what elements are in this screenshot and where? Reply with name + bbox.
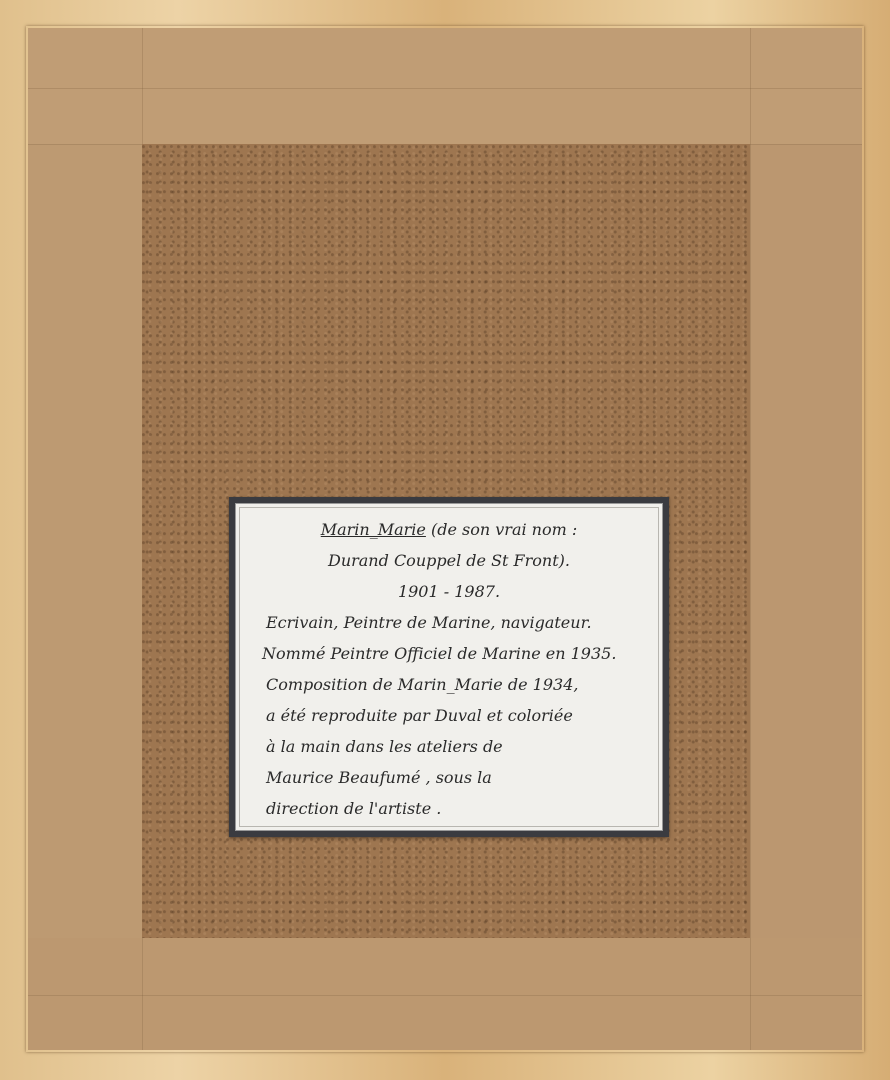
label-line-9: Maurice Beaufumé , sous la xyxy=(236,762,662,793)
label-text: Marin_Marie (de son vrai nom : Durand Co… xyxy=(236,514,662,824)
label-line-1-rest: (de son vrai nom : xyxy=(426,520,577,539)
artist-name: Marin_Marie xyxy=(321,520,426,539)
label-line-4: Ecrivain, Peintre de Marine, navigateur. xyxy=(236,607,662,638)
label-line-8: à la main dans les ateliers de xyxy=(236,731,662,762)
label-mount: Marin_Marie (de son vrai nom : Durand Co… xyxy=(229,497,669,837)
label-line-10: direction de l'artiste . xyxy=(236,793,662,824)
label-line-5: Nommé Peintre Officiel de Marine en 1935… xyxy=(236,638,662,669)
handwritten-label: Marin_Marie (de son vrai nom : Durand Co… xyxy=(235,503,663,831)
label-line-dates: 1901 - 1987. xyxy=(236,576,662,607)
label-line-2: Durand Couppel de St Front). xyxy=(236,545,662,576)
label-line-1: Marin_Marie (de son vrai nom : xyxy=(236,514,662,545)
label-line-7: a été reproduite par Duval et coloriée xyxy=(236,700,662,731)
label-line-6: Composition de Marin_Marie de 1934, xyxy=(236,669,662,700)
